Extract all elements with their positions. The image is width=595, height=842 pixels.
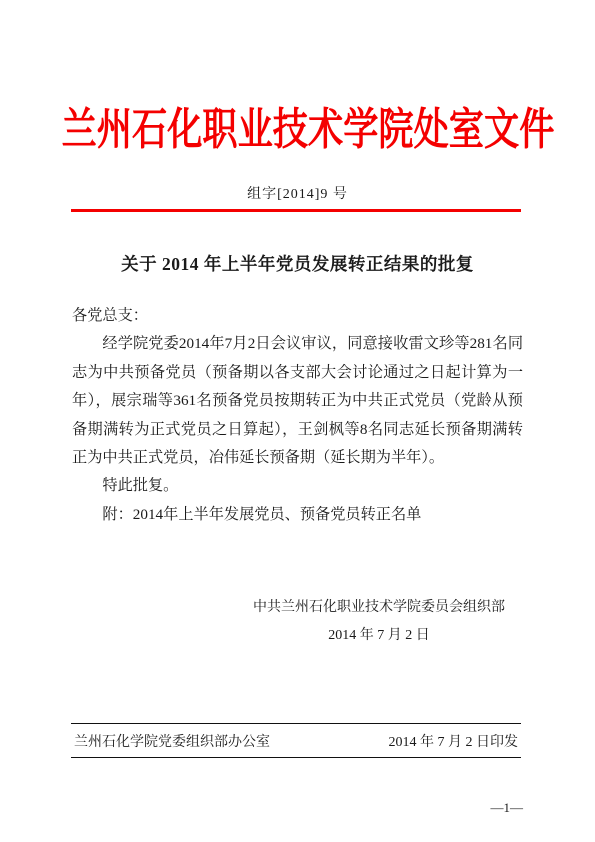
salutation: 各党总支： (72, 302, 523, 330)
masthead-title: 兰州石化职业技术学院处室文件 (62, 106, 555, 154)
signature-date: 2014 年 7 月 2 日 (253, 622, 505, 650)
document-page: 兰州石化职业技术学院处室文件 组字[2014]9 号 关于 2014 年上半年党… (0, 0, 595, 842)
signature-block: 中共兰州石化职业技术学院委员会组织部 2014 年 7 月 2 日 (253, 594, 505, 650)
body-paragraph: 经学院党委2014年7月2日会议审议，同意接收雷文珍等281名同志为中共预备党员… (72, 330, 523, 472)
document-title: 关于 2014 年上半年党员发展转正结果的批复 (0, 251, 595, 276)
footer-issuer: 兰州石化学院党委组织部办公室 (74, 731, 270, 751)
footer-rule-bottom (71, 757, 521, 758)
document-body: 各党总支： 经学院党委2014年7月2日会议审议，同意接收雷文珍等281名同志为… (72, 302, 523, 529)
page-number: —1— (491, 800, 524, 816)
footer-rule-top (71, 723, 521, 724)
red-divider-rule (71, 209, 521, 212)
attachment-line: 附：2014年上半年发展党员、预备党员转正名单 (72, 501, 523, 529)
footer-print-date: 2014 年 7 月 2 日印发 (389, 731, 519, 751)
document-number: 组字[2014]9 号 (0, 183, 595, 203)
footer-row: 兰州石化学院党委组织部办公室 2014 年 7 月 2 日印发 (71, 731, 521, 751)
closing-line: 特此批复。 (72, 472, 523, 500)
masthead-container: 兰州石化职业技术学院处室文件 (0, 106, 595, 154)
signature-organization: 中共兰州石化职业技术学院委员会组织部 (253, 594, 505, 622)
